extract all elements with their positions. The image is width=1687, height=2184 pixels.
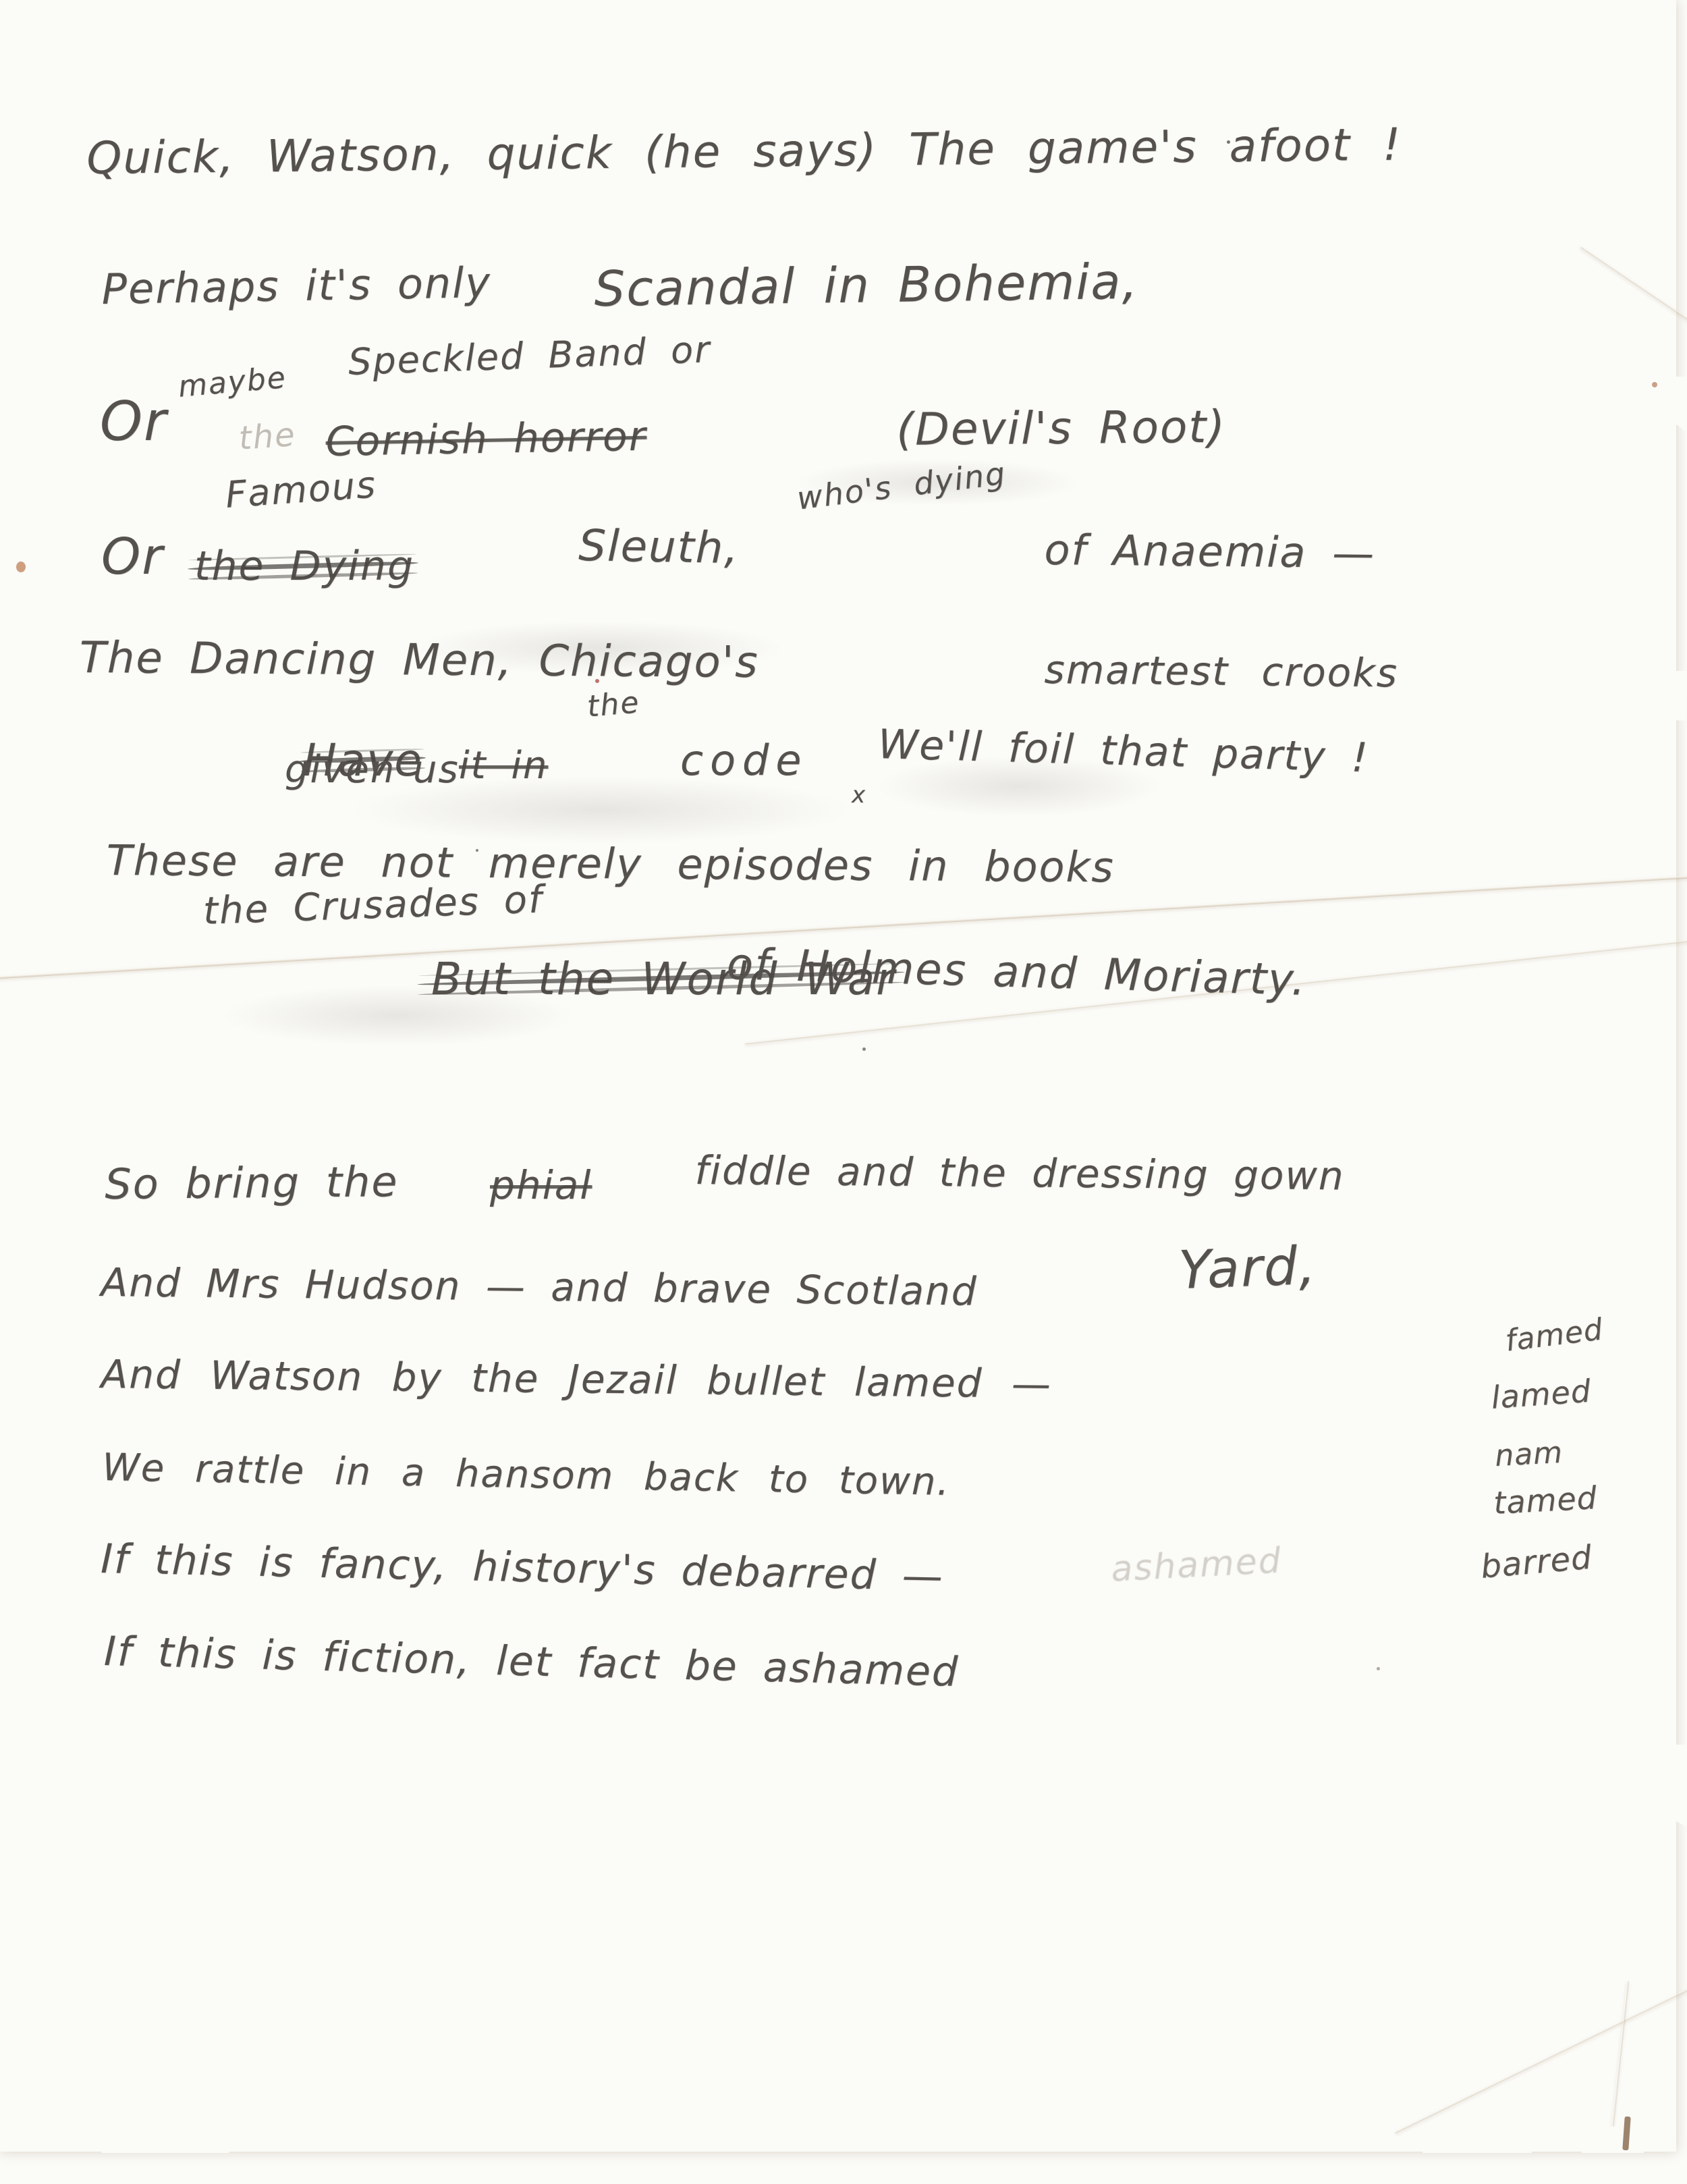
poem-line-3-struck-cornish-horror: Cornish horror — [325, 413, 647, 466]
ink-speck — [476, 849, 478, 852]
poem-line-7: These are not merely episodes in books — [106, 836, 1114, 892]
poem-line-9-rest: fiddle and the dressing gown — [694, 1147, 1345, 1199]
poem-line-4-struck-the-dying: the Dying — [194, 543, 414, 590]
poem-line-6-struck-it-in: it in — [459, 744, 548, 788]
poem-line-6-caret-mark: x — [852, 782, 866, 809]
poem-line-4-of-anaemia: of Anaemia — — [1044, 525, 1375, 578]
ink-speck — [1377, 1667, 1380, 1670]
poem-line-2-story-title: Scandal in Bohemia, — [594, 253, 1139, 317]
margin-word-nam: nam — [1494, 1436, 1564, 1473]
poem-line-6-inserted-the: the — [586, 685, 641, 724]
poem-line-10-start: And Mrs Hudson — and brave Scotland — [101, 1259, 978, 1315]
rust-stain — [1652, 382, 1657, 387]
poem-line-2-start: Perhaps it's only — [101, 258, 492, 314]
paper-sheet — [0, 0, 1676, 2152]
edge-notch-bottom-1 — [1422, 2126, 1532, 2153]
poem-line-3-or: Or — [100, 390, 167, 453]
poem-line-6-given-us: given us — [285, 748, 460, 792]
ink-speck — [862, 1047, 866, 1051]
poem-line-4-sleuth: Sleuth, — [578, 521, 740, 574]
poem-line-9-start: So bring the — [105, 1157, 399, 1209]
poem-line-9-struck-phial: phial — [490, 1162, 592, 1208]
ink-speck — [595, 679, 599, 683]
edge-notch-bottom-2 — [1582, 2125, 1644, 2153]
manuscript-scan: Quick, Watson, quick (he says) The game'… — [0, 0, 1687, 2184]
poem-line-10-yard: Yard, — [1178, 1236, 1318, 1301]
rust-stain — [16, 562, 26, 572]
poem-line-5-rest: smartest crooks — [1044, 647, 1398, 696]
ink-speck — [1227, 140, 1230, 144]
margin-word-lamed: lamed — [1490, 1373, 1593, 1416]
poem-line-3-faint-article: the — [238, 416, 297, 458]
poem-line-4-or: Or — [101, 528, 164, 586]
margin-word-tamed: tamed — [1493, 1479, 1598, 1521]
poem-line-3-devils-root: (Devil's Root) — [896, 401, 1226, 456]
poem-line-5-main: The Dancing Men, Chicago's — [79, 633, 758, 688]
poem-line-6-code: code — [680, 736, 808, 785]
